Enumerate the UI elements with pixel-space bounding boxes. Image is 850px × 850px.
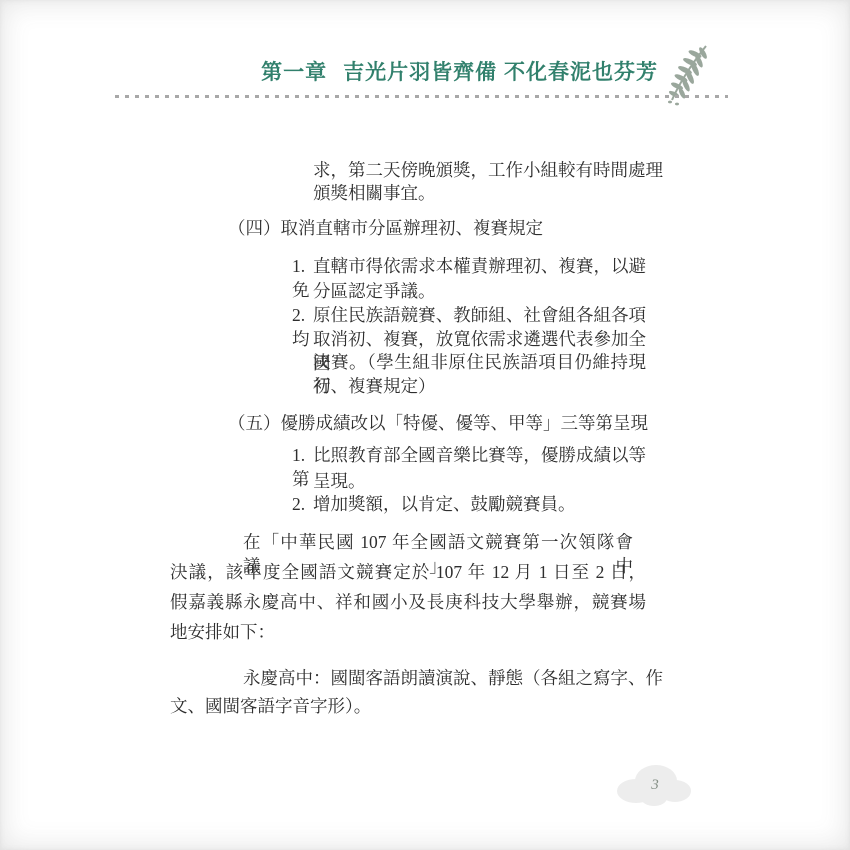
list-text: 增加獎額，以肯定、鼓勵競賽員。: [313, 494, 576, 514]
book-page: 第一章吉光片羽皆齊備 不化春泥也芬芳 求，第二天傍晚頒獎，工作小組較有時間處理 …: [0, 0, 850, 850]
numbered-list-item: 2.增加獎額，以肯定、鼓勵競賽員。: [292, 492, 576, 516]
paragraph-line: 地安排如下：: [170, 620, 275, 644]
text-line: 頒獎相關事宜。: [313, 181, 436, 205]
page-number: 3: [650, 777, 659, 793]
list-item-heading: （五）優勝成績改以「特優、優等、甲等」三等第呈現: [228, 411, 648, 435]
list-number: 1.: [292, 254, 313, 278]
chapter-title: 吉光片羽皆齊備 不化春泥也芬芳: [343, 61, 658, 84]
list-number: 2.: [292, 492, 313, 516]
chapter-number: 第一章: [261, 61, 327, 84]
paragraph-line: 決議，該年度全國語文競賽定於 107 年 12 月 1 日至 2 日，: [170, 560, 646, 584]
paragraph-line: 假嘉義縣永慶高中、祥和國小及長庚科技大學舉辦，競賽場: [170, 590, 646, 614]
text-line: 呈現。: [313, 469, 366, 493]
list-number: 2.: [292, 303, 313, 327]
page-number-cloud: 3: [608, 758, 698, 810]
text-line: 求，第二天傍晚頒獎，工作小組較有時間處理: [313, 158, 646, 182]
paragraph-line: 永慶高中：國閩客語朗讀演說、靜態（各組之寫字、作: [243, 666, 663, 690]
chapter-heading: 第一章吉光片羽皆齊備 不化春泥也芬芳: [261, 56, 658, 86]
list-item-heading: （四）取消直轄市分區辦理初、複賽規定: [228, 216, 543, 240]
dashed-divider: [115, 95, 728, 98]
paragraph-line: 文、國閩客語字音字形）。: [170, 694, 371, 718]
text-line: 初、複賽規定）: [313, 374, 436, 398]
text-line: 分區認定爭議。: [313, 279, 436, 303]
list-number: 1.: [292, 443, 313, 467]
